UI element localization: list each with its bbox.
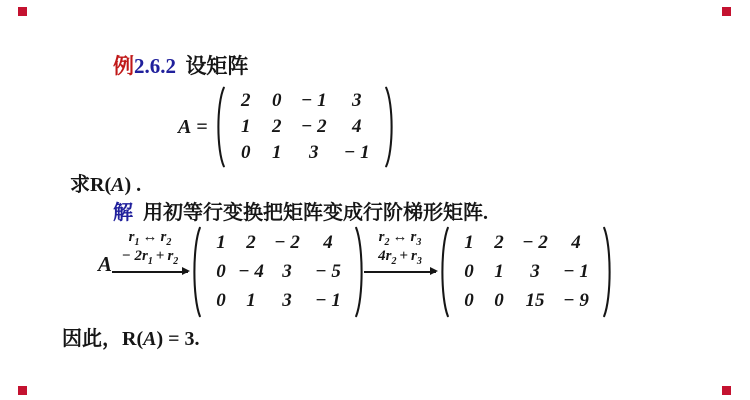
matrix-cell: 1 <box>207 229 235 258</box>
rank-function: R( <box>90 174 111 196</box>
matrix-variable: A <box>143 328 156 350</box>
row-op-2-swap-label: r2↔r3 <box>364 228 436 247</box>
find-text: 求 <box>70 174 90 196</box>
matrix-cell: 3 <box>293 140 335 166</box>
matrix-cell: 0 <box>231 140 261 166</box>
echelon-matrix: 1 2 − 2 4 0 1 3 − 1 0 0 15 − 9 <box>438 226 614 318</box>
heading-text: 设矩阵 <box>185 54 248 78</box>
matrix-cell: 3 <box>335 88 379 114</box>
matrix-cell: 1 <box>235 287 267 316</box>
intermediate-matrix-cells: 1 2 − 2 4 0 − 4 3 − 5 0 1 3 − 1 <box>202 226 354 318</box>
row-reduction-derivation: A r1↔r2 − 2r1+r2 1 2 − 2 4 0 − 4 3 − 5 0… <box>96 226 736 322</box>
solution-text: 用初等行变换把矩阵变成行阶梯形矩阵. <box>143 202 488 224</box>
example-label: 例 <box>113 54 134 78</box>
problem-statement: 求R(A) . <box>70 168 141 197</box>
slide-page: 例2.6.2设矩阵 A = 2 0 − 1 3 1 2 − 2 4 0 1 3 … <box>0 0 750 400</box>
example-number: 2.6.2 <box>134 54 176 78</box>
matrix-cell: − 4 <box>235 258 267 287</box>
intermediate-matrix: 1 2 − 2 4 0 − 4 3 − 5 0 1 3 − 1 <box>190 226 366 318</box>
matrix-cell: 1 <box>231 114 261 140</box>
matrix-cell: − 1 <box>555 258 597 287</box>
matrix-cell: 4 <box>555 229 597 258</box>
matrix-cell: 0 <box>261 88 293 114</box>
corner-marker-top-left <box>18 7 27 16</box>
example-heading: 例2.6.2设矩阵 <box>113 50 248 80</box>
matrix-cell: 15 <box>515 287 555 316</box>
matrix-cell: 0 <box>455 287 483 316</box>
matrix-cell: − 1 <box>335 140 379 166</box>
row-op-2-combine-label: 4r2+r3 <box>364 247 436 266</box>
left-paren-icon <box>190 226 202 318</box>
solution-label: 解 <box>113 202 133 224</box>
row-op-arrow-1: r1↔r2 − 2r1+r2 <box>112 228 188 273</box>
arrow-shaft <box>112 271 188 273</box>
conclusion-line: 因此，R(A) = 3. <box>62 322 200 351</box>
matrix-cell: 1 <box>455 229 483 258</box>
matrix-cell: 0 <box>207 287 235 316</box>
matrix-cell: − 2 <box>515 229 555 258</box>
matrix-cell: 3 <box>515 258 555 287</box>
left-paren-icon <box>214 86 226 168</box>
left-paren-icon <box>438 226 450 318</box>
matrix-cell: 2 <box>231 88 261 114</box>
conclusion-text: 因此， <box>62 328 122 350</box>
matrix-a-definition: A = 2 0 − 1 3 1 2 − 2 4 0 1 3 − 1 <box>178 86 396 168</box>
matrix-cell: − 5 <box>307 258 349 287</box>
matrix-cell: 1 <box>261 140 293 166</box>
right-paren-icon <box>384 86 396 168</box>
matrix-cell: 0 <box>207 258 235 287</box>
matrix-cell: 4 <box>307 229 349 258</box>
matrix-cell: − 2 <box>293 114 335 140</box>
matrix-variable: A <box>111 174 124 196</box>
derivation-start-variable: A <box>98 252 112 277</box>
row-op-1-combine-label: − 2r1+r2 <box>112 247 188 266</box>
corner-marker-top-right <box>722 7 731 16</box>
matrix-cell: − 1 <box>307 287 349 316</box>
echelon-matrix-cells: 1 2 − 2 4 0 1 3 − 1 0 0 15 − 9 <box>450 226 602 318</box>
matrix-cell: 0 <box>455 258 483 287</box>
matrix-cell: − 1 <box>293 88 335 114</box>
matrix-cell: 3 <box>267 258 307 287</box>
matrix-cell: 0 <box>483 287 515 316</box>
matrix-a-cells: 2 0 − 1 3 1 2 − 2 4 0 1 3 − 1 <box>226 86 384 168</box>
corner-marker-bottom-right <box>722 386 731 395</box>
row-op-1-swap-label: r1↔r2 <box>112 228 188 247</box>
matrix-cell: 2 <box>235 229 267 258</box>
find-tail: ) . <box>124 174 141 196</box>
matrix-cell: 4 <box>335 114 379 140</box>
row-op-arrow-2: r2↔r3 4r2+r3 <box>364 228 436 273</box>
conclusion-result: ) = 3. <box>156 328 199 350</box>
matrix-cell: − 9 <box>555 287 597 316</box>
matrix-cell: 1 <box>483 258 515 287</box>
corner-marker-bottom-left <box>18 386 27 395</box>
matrix-a: 2 0 − 1 3 1 2 − 2 4 0 1 3 − 1 <box>214 86 396 168</box>
matrix-cell: 2 <box>261 114 293 140</box>
arrow-shaft <box>364 271 436 273</box>
matrix-cell: 2 <box>483 229 515 258</box>
matrix-a-lhs: A = <box>178 116 208 139</box>
right-paren-icon <box>602 226 614 318</box>
solution-line: 解用初等行变换把矩阵变成行阶梯形矩阵. <box>113 196 488 225</box>
rank-function: R( <box>122 328 143 350</box>
matrix-cell: 3 <box>267 287 307 316</box>
matrix-cell: − 2 <box>267 229 307 258</box>
